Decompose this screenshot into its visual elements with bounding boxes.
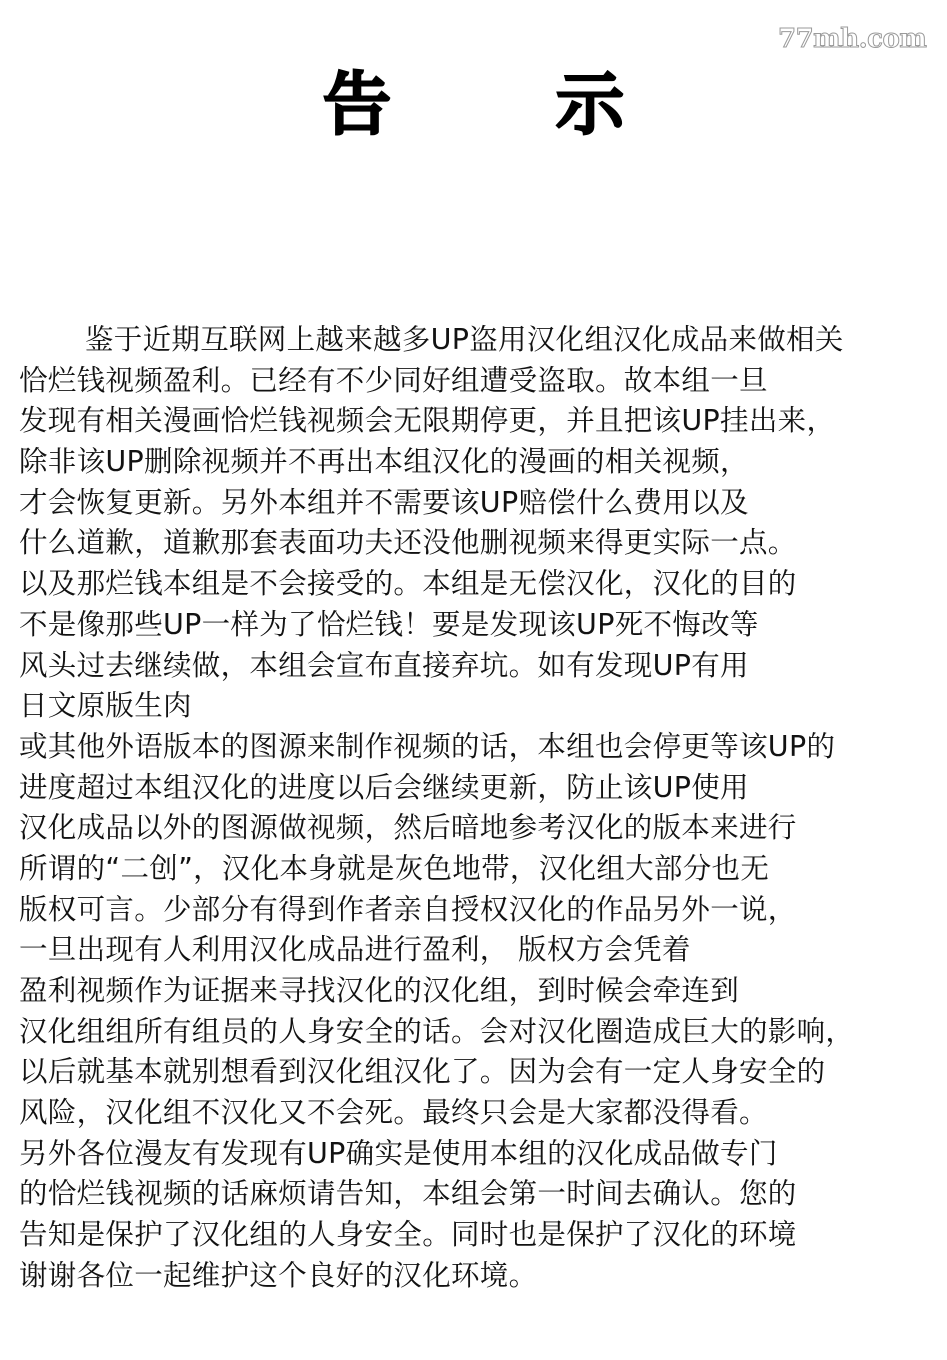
notice-line: 日文原版生肉: [19, 686, 944, 727]
notice-line: 发现有相关漫画恰烂钱视频会无限期停更，并且把该UP挂出来，: [19, 401, 944, 442]
notice-line: 盈利视频作为证据来寻找汉化的汉化组，到时候会牵连到: [19, 971, 944, 1012]
notice-line: 以后就基本就别想看到汉化组汉化了。因为会有一定人身安全的: [19, 1052, 944, 1093]
title-char-2: 示: [556, 66, 624, 146]
notice-line: 恰烂钱视频盈利。已经有不少同好组遭受盗取。故本组一旦: [19, 361, 944, 402]
notice-line: 所谓的“二创”，汉化本身就是灰色地带，汉化组大部分也无: [19, 849, 944, 890]
notice-line: 鉴于近期互联网上越来越多UP盗用汉化组汉化成品来做相关: [19, 320, 944, 361]
notice-line: 的恰烂钱视频的话麻烦请告知，本组会第一时间去确认。您的: [19, 1174, 944, 1215]
notice-line: 以及那烂钱本组是不会接受的。本组是无偿汉化，汉化的目的: [19, 564, 944, 605]
notice-line: 除非该UP删除视频并不再出本组汉化的漫画的相关视频，: [19, 442, 944, 483]
site-watermark: 77mh.com: [778, 24, 926, 54]
notice-title: 告示: [0, 66, 947, 146]
notice-line: 汉化组组所有组员的人身安全的话。会对汉化圈造成巨大的影响，: [19, 1012, 944, 1053]
title-char-1: 告: [323, 66, 391, 146]
notice-line: 或其他外语版本的图源来制作视频的话，本组也会停更等该UP的: [19, 727, 944, 768]
notice-line: 另外各位漫友有发现有UP确实是使用本组的汉化成品做专门: [19, 1134, 944, 1175]
notice-line: 告知是保护了汉化组的人身安全。同时也是保护了汉化的环境: [19, 1215, 944, 1256]
notice-line: 不是像那些UP一样为了恰烂钱！要是发现该UP死不悔改等: [19, 605, 944, 646]
notice-line: 谢谢各位一起维护这个良好的汉化环境。: [19, 1256, 944, 1297]
notice-line: 汉化成品以外的图源做视频，然后暗地参考汉化的版本来进行: [19, 808, 944, 849]
notice-line: 一旦出现有人利用汉化成品进行盈利， 版权方会凭着: [19, 930, 944, 971]
notice-line: 版权可言。少部分有得到作者亲自授权汉化的作品另外一说，: [19, 890, 944, 931]
notice-line: 才会恢复更新。另外本组并不需要该UP赔偿什么费用以及: [19, 483, 944, 524]
notice-line: 风头过去继续做，本组会宣布直接弃坑。如有发现UP有用: [19, 646, 944, 687]
notice-line: 风险，汉化组不汉化又不会死。最终只会是大家都没得看。: [19, 1093, 944, 1134]
notice-body: 鉴于近期互联网上越来越多UP盗用汉化组汉化成品来做相关 恰烂钱视频盈利。已经有不…: [19, 320, 944, 1297]
notice-line: 什么道歉，道歉那套表面功夫还没他删视频来得更实际一点。: [19, 523, 944, 564]
notice-line: 进度超过本组汉化的进度以后会继续更新，防止该UP使用: [19, 768, 944, 809]
